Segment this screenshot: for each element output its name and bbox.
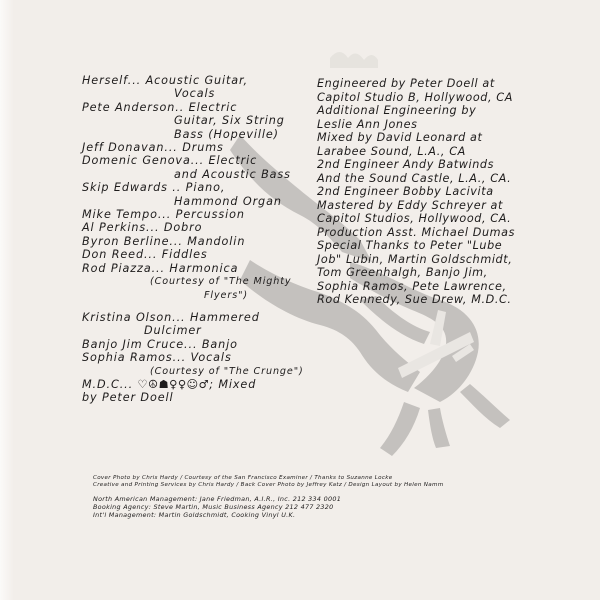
credit-mike-tempo: Mike Tempo... Percussion: [82, 208, 327, 221]
credit-skip-edwards: Skip Edwards .. Piano,: [82, 181, 327, 194]
credit-domenic-genova-cont: and Acoustic Bass: [82, 168, 327, 181]
production-line: Tom Greenhalgh, Banjo Jim,: [317, 266, 557, 280]
mdc-label: M.D.C...: [82, 378, 138, 391]
credit-pete-anderson-cont: Guitar, Six String: [82, 114, 327, 127]
symbols-icon: ♡☮☗♀♀☺♂: [138, 378, 210, 391]
production-line: Job" Lubin, Martin Goldschmidt,: [317, 253, 557, 267]
credit-sophia-ramos: Sophia Ramos... Vocals: [82, 351, 327, 364]
management-contact: North American Management: Jane Friedman…: [93, 495, 563, 503]
credit-herself-cont: Vocals: [82, 87, 327, 100]
design-credit: Creative and Printing Services by Chris …: [93, 482, 563, 489]
production-line: Leslie Ann Jones: [317, 118, 557, 132]
credit-kristina-olson: Kristina Olson... Hammered: [82, 311, 327, 324]
intl-management-contact: Int'l Management: Martin Goldschmidt, Co…: [93, 511, 563, 519]
credit-skip-edwards-cont: Hammond Organ: [82, 195, 327, 208]
credit-byron-berline: Byron Berline... Mandolin: [82, 235, 327, 248]
credit-pete-anderson-cont2: Bass (Hopeville): [82, 128, 327, 141]
production-line: 2nd Engineer Bobby Lacivita: [317, 185, 557, 199]
photo-credit: Cover Photo by Chris Hardy / Courtesy of…: [93, 475, 563, 482]
courtesy-note-crunge: (Courtesy of "The Crunge"): [82, 365, 327, 378]
production-line: Mastered by Eddy Schreyer at: [317, 199, 557, 213]
production-line: Engineered by Peter Doell at: [317, 77, 557, 91]
production-line: Mixed by David Leonard at: [317, 131, 557, 145]
production-line: Capitol Studios, Hollywood, CA.: [317, 212, 557, 226]
credit-banjo-jim-cruce: Banjo Jim Cruce... Banjo: [82, 338, 327, 351]
credit-al-perkins: Al Perkins... Dobro: [82, 221, 327, 234]
production-line: Capitol Studio B, Hollywood, CA: [317, 91, 557, 105]
production-credits: Engineered by Peter Doell at Capitol Stu…: [317, 77, 557, 307]
mdc-mixed: ; Mixed: [209, 378, 256, 391]
production-line: Production Asst. Michael Dumas: [317, 226, 557, 240]
credit-domenic-genova: Domenic Genova... Electric: [82, 154, 327, 167]
courtesy-note-mighty-flyers: (Courtesy of "The Mighty: [82, 275, 327, 288]
musician-credits: Herself... Acoustic Guitar, Vocals Pete …: [82, 74, 327, 405]
production-line: Rod Kennedy, Sue Drew, M.D.C.: [317, 293, 557, 307]
credit-mdc-cont: by Peter Doell: [82, 391, 327, 404]
credit-herself: Herself... Acoustic Guitar,: [82, 74, 327, 87]
production-line: Larabee Sound, L.A., CA: [317, 145, 557, 159]
credit-mdc: M.D.C... ♡☮☗♀♀☺♂; Mixed: [82, 378, 327, 391]
footer-credits: Cover Photo by Chris Hardy / Courtesy of…: [93, 475, 563, 519]
production-line: Additional Engineering by: [317, 104, 557, 118]
production-line: And the Sound Castle, L.A., CA.: [317, 172, 557, 186]
production-line: Sophia Ramos, Pete Lawrence,: [317, 280, 557, 294]
booking-contact: Booking Agency: Steve Martin, Music Busi…: [93, 503, 563, 511]
credit-rod-piazza: Rod Piazza... Harmonica: [82, 262, 327, 275]
credit-don-reed: Don Reed... Fiddles: [82, 248, 327, 261]
production-line: 2nd Engineer Andy Batwinds: [317, 158, 557, 172]
credit-kristina-olson-cont: Dulcimer: [82, 324, 327, 337]
credit-pete-anderson: Pete Anderson.. Electric: [82, 101, 327, 114]
production-line: Special Thanks to Peter "Lube: [317, 239, 557, 253]
credit-jeff-donavan: Jeff Donavan... Drums: [82, 141, 327, 154]
courtesy-note-mighty-flyers-cont: Flyers"): [82, 289, 327, 302]
